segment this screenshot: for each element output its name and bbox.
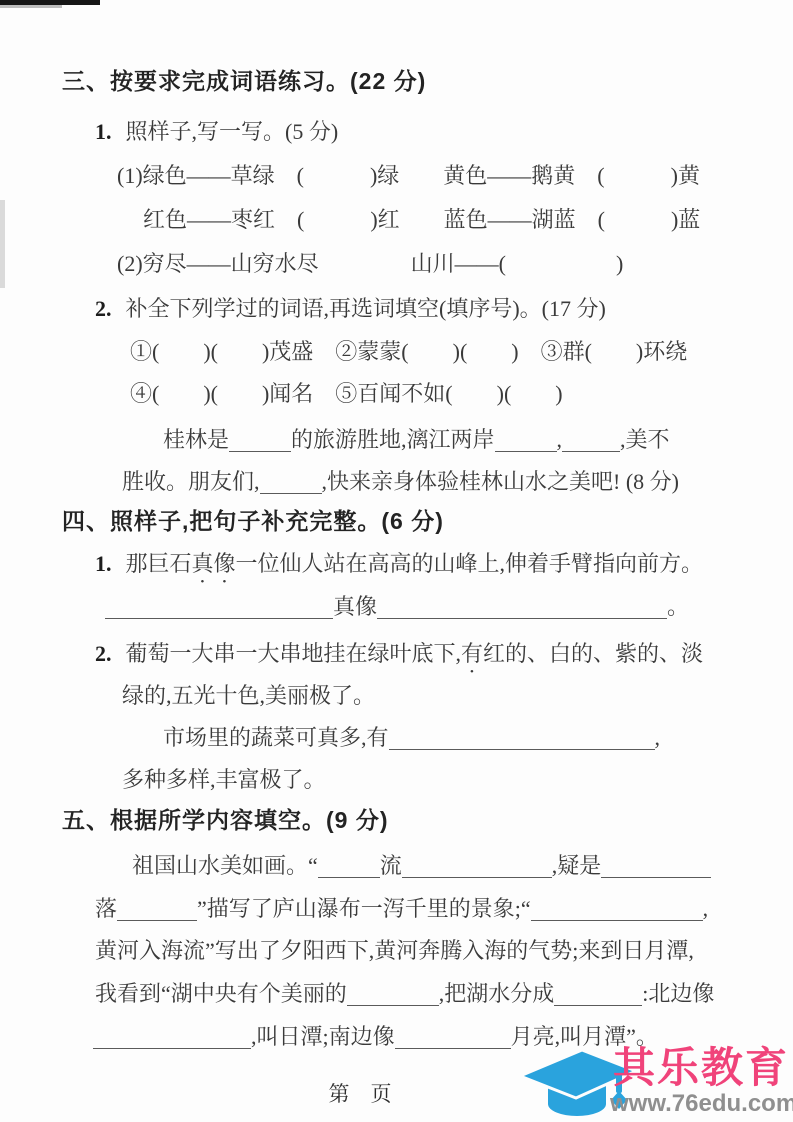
s5-text: 落: [95, 896, 117, 921]
s4-q2-emphasized-text: 有: [461, 641, 483, 666]
s3-question-1: 1.照样子,写一写。(5 分): [95, 117, 338, 147]
s4-q1-text: 一位仙人站在高高的山峰上,伸着手臂指向前方。: [236, 551, 704, 576]
answer-blank: [554, 985, 642, 1006]
s5-line-4: 我看到“湖中央有个美丽的,把湖水分成:北边像: [95, 979, 714, 1009]
answer-blank: [105, 598, 333, 619]
s5-text: ,叫日潭;南边像: [251, 1024, 395, 1049]
answer-blank: [347, 985, 439, 1006]
s4-q1-answer-text: 真像: [333, 594, 377, 619]
s5-text: ”描写了庐山瀑布一泻千里的景象;“: [197, 896, 531, 921]
worksheet-page: 三、按要求完成词语练习。(22 分) 1.照样子,写一写。(5 分) (1)绿色…: [0, 0, 793, 1122]
s5-line-1: 祖国山水美如画。“流,疑是: [132, 851, 711, 881]
s3-q1-number: 1.: [95, 119, 112, 144]
s5-text: 我看到“湖中央有个美丽的: [95, 981, 347, 1006]
s4-q2-answer-line-1: 市场里的蔬菜可真多,有,: [163, 723, 660, 753]
s3-fill-text: 的旅游胜地,漓江两岸: [291, 427, 495, 452]
answer-blank: [229, 431, 291, 452]
s4-question-2: 2.葡萄一大串一大串地挂在绿叶底下,有红的、白的、紫的、淡: [95, 639, 703, 678]
s4-q2-answer-text: 市场里的蔬菜可真多,有: [163, 725, 389, 750]
s3-q1-row-1: (1)绿色——草绿 ( )绿 黄色——鹅黄 ( )黄: [117, 161, 700, 191]
answer-blank: [260, 473, 322, 494]
s3-fill-line-2: 胜收。朋友们,,快来亲身体验桂林山水之美吧! (8 分): [122, 467, 679, 497]
answer-blank: [93, 1028, 251, 1049]
s3-q2-number: 2.: [95, 296, 112, 321]
s3-fill-text: 胜收。朋友们,: [122, 469, 260, 494]
s3-q1-row-3-right: 山川——( ): [411, 251, 624, 276]
s3-fill-text: ,快来亲身体验桂林山水之美吧! (8 分): [322, 469, 679, 494]
s3-q1-title: 照样子,写一写。(5 分): [126, 119, 339, 144]
s3-q2-row-2: ④( )( )闻名 ⑤百闻不如( )( ): [130, 379, 563, 409]
s3-fill-line-1: 桂林是的旅游胜地,漓江两岸,,美不: [163, 425, 670, 455]
s4-q2-answer-line-2: 多种多样,丰富极了。: [122, 765, 326, 795]
s4-q1-answer-line: 真像。: [105, 592, 689, 622]
s4-q2-number: 2.: [95, 641, 112, 666]
s5-line-3: 黄河入海流”写出了夕阳西下,黄河奔腾入海的气势;来到日月潭,: [95, 936, 694, 966]
s3-q1-row-3-left: (2)穷尽——山穷水尽: [117, 251, 319, 276]
s3-fill-text: ,美不: [620, 427, 670, 452]
s4-q2-text: 红的、白的、紫的、淡: [483, 641, 703, 666]
s5-text: ,: [703, 896, 709, 921]
answer-blank: [389, 729, 655, 750]
s3-question-2: 2.补全下列学过的词语,再选词填空(填序号)。(17 分): [95, 294, 606, 324]
s5-text: :北边像: [642, 981, 714, 1006]
s4-q2-text: 葡萄一大串一大串地挂在绿叶底下,: [126, 641, 462, 666]
s5-text: 祖国山水美如画。“: [132, 853, 318, 878]
s4-q1-number: 1.: [95, 551, 112, 576]
answer-blank: [531, 900, 703, 921]
answer-blank: [117, 900, 197, 921]
s4-q2-answer-text: ,: [655, 725, 661, 750]
answer-blank: [495, 431, 557, 452]
s5-line-2: 落”描写了庐山瀑布一泻千里的景象;“,: [95, 894, 708, 924]
brand-name: 其乐教育: [613, 1046, 793, 1090]
s3-q2-title: 补全下列学过的词语,再选词填空(填序号)。(17 分): [126, 296, 606, 321]
brand-url: www.76edu.com: [610, 1090, 793, 1118]
answer-blank: [562, 431, 620, 452]
s4-q2-text-line-2: 绿的,五光十色,美丽极了。: [122, 681, 375, 711]
s3-q1-row-2: 红色——枣红 ( )红 蓝色——湖蓝 ( )蓝: [143, 205, 700, 235]
section-4-heading: 四、照样子,把句子补充完整。(6 分): [62, 506, 444, 536]
s3-q2-row-1: ①( )( )茂盛 ②蒙蒙( )( ) ③群( )环绕: [130, 337, 687, 367]
section-5-heading: 五、根据所学内容填空。(9 分): [62, 805, 389, 835]
s4-question-1: 1.那巨石真像一位仙人站在高高的山峰上,伸着手臂指向前方。: [95, 549, 703, 588]
s4-q1-emphasized-text: 真像: [192, 551, 236, 576]
s3-q1-row-3: (2)穷尽——山穷水尽山川——( ): [117, 249, 623, 279]
s3-fill-text: 桂林是: [163, 427, 229, 452]
s4-q1-answer-text: 。: [667, 594, 689, 619]
scan-artifact-left-edge: [0, 200, 5, 288]
section-3-heading: 三、按要求完成词语练习。(22 分): [62, 66, 426, 96]
brand-logo: 其乐教育 www.76edu.com: [518, 1044, 793, 1122]
s4-q1-text: 那巨石: [126, 551, 192, 576]
answer-blank: [377, 598, 667, 619]
s5-text: ,把湖水分成: [439, 981, 555, 1006]
answer-blank: [395, 1028, 511, 1049]
s5-text: 流: [380, 853, 402, 878]
answer-blank: [318, 857, 380, 878]
answer-blank: [402, 857, 552, 878]
scan-artifact-top-shadow: [0, 5, 62, 8]
answer-blank: [601, 857, 711, 878]
s5-text: ,疑是: [552, 853, 602, 878]
